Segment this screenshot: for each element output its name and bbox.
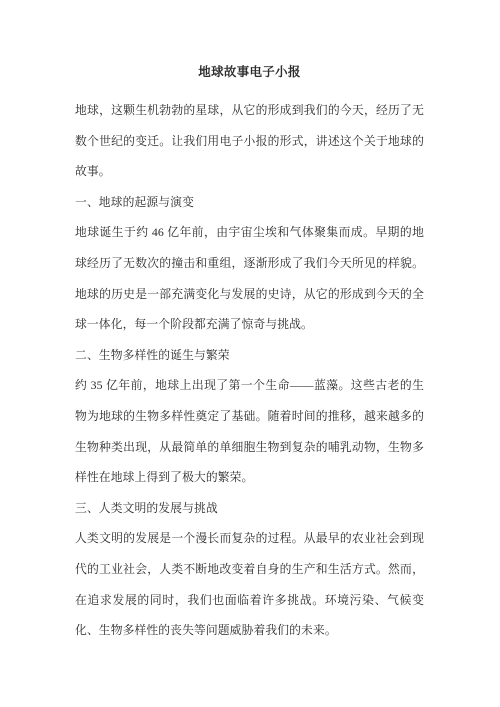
document-page: 地球故事电子小报 地球，这颗生机勃勃的星球，从它的形成到我们的今天，经历了无数个… — [0, 0, 500, 707]
section-paragraph-1: 地球诞生于约 46 亿年前，由宇宙尘埃和气体聚集而成。早期的地球经历了无数次的撞… — [75, 217, 424, 339]
document-content: 地球故事电子小报 地球，这颗生机勃勃的星球，从它的形成到我们的今天，经历了无数个… — [0, 0, 500, 646]
section-heading-3: 三、人类文明的发展与挑战 — [75, 493, 424, 524]
section-paragraph-3: 人类文明的发展是一个漫长而复杂的过程。从最早的农业社会到现代的工业社会，人类不断… — [75, 523, 424, 645]
document-title: 地球故事电子小报 — [75, 62, 424, 82]
section-heading-2: 二、生物多样性的诞生与繁荣 — [75, 340, 424, 371]
section-paragraph-2: 约 35 亿年前，地球上出现了第一个生命——蓝藻。这些古老的生物为地球的生物多样… — [75, 370, 424, 492]
section-heading-1: 一、地球的起源与演变 — [75, 187, 424, 218]
intro-paragraph: 地球，这颗生机勃勃的星球，从它的形成到我们的今天，经历了无数个世纪的变迁。让我们… — [75, 95, 424, 187]
